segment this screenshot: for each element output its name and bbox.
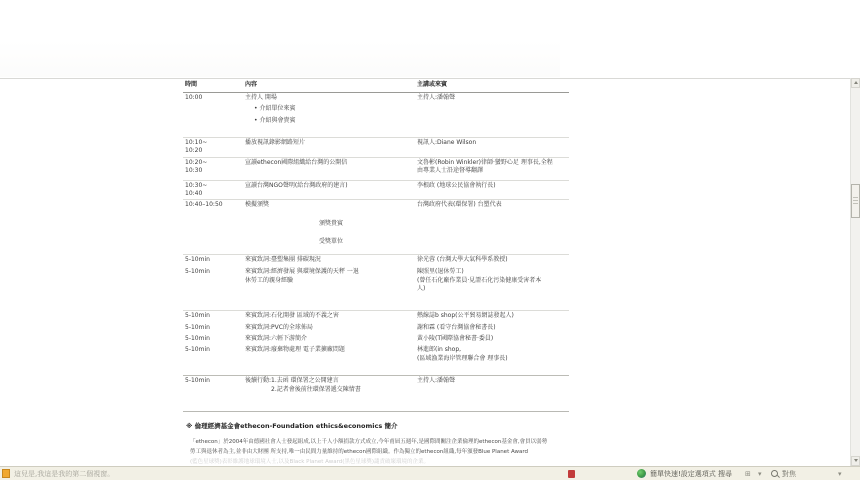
cell-time: 5-10min [183, 377, 245, 411]
cell-text-line: 5-10min [185, 377, 245, 386]
cell-content: 宣讀ethecon國際組織給台灣的公開信 [245, 159, 417, 180]
cell-text-line: 視訊人:Diane Wilson [417, 139, 569, 148]
cell-text-line: 來賓致詞:石化開發 區域的不義之害 [245, 312, 417, 321]
table-row: 10:20~10:30宣讀ethecon國際組織給台灣的公開信文魯彬(Robin… [183, 157, 569, 180]
cell-text-line: 宣讀ethecon國際組織給台灣的公開信 [245, 159, 417, 168]
table-row: 5-10min來賓致詞:臺塑集團 排碳現況徐光蓉 (台灣大學大氣科學系教授) [183, 254, 569, 267]
cell-text-line: 黃小陵(T國際協會秘書‧委員) [417, 335, 569, 344]
cell-text-line: 受獎單位 [245, 238, 417, 247]
cell-text-line: 10:30~ [185, 182, 245, 191]
grid-icon[interactable]: ⊞ [745, 467, 751, 480]
cell-speaker: 文魯彬(Robin Winkler)律師‧蠻野心足 理事長,全程由專業人士沿途督… [417, 159, 569, 180]
cell-text-line: 播放視訊錄影網路短片 [245, 139, 417, 148]
cell-time: 5-10min [183, 346, 245, 375]
cell-text-line: (曾任石化廠作業員‧見證石化污染健康受害者本 [417, 277, 569, 286]
taskbar-center-text[interactable]: 簡單快速!設定選項式 搜尋 [650, 467, 732, 480]
cell-text-line: • 介紹單位來賓 [254, 105, 417, 114]
cell-text-line: 模擬頒獎 [245, 201, 417, 210]
scroll-up-arrow-icon[interactable] [851, 78, 860, 88]
cell-content: 主持人 開場• 介紹單位來賓• 介紹與會貴賓 [245, 94, 417, 137]
document-icon[interactable] [2, 469, 10, 478]
cell-text-line: 主持人:潘翰聲 [417, 94, 569, 103]
cell-text-line: 來賓致詞:六輕下游簡介 [245, 335, 417, 344]
cell-text-line: 10:20 [185, 147, 245, 156]
header-time: 時間 [183, 81, 245, 90]
cell-text-line: 主持人 開場 [245, 94, 417, 103]
taskbar-left-text[interactable]: 這兒是,我這是我的第二個視窗。 [14, 467, 114, 480]
cell-text-line: 人) [417, 285, 569, 294]
cell-speaker: 主持人:潘翰聲 [417, 377, 569, 411]
cell-time: 5-10min [183, 268, 245, 310]
cell-text-line: 來賓致詞:臺塑集團 排碳現況 [245, 256, 417, 265]
cell-time: 5-10min [183, 324, 245, 334]
cell-speaker: 李根政 (地球公民協會執行長) [417, 182, 569, 199]
cell-text-line: • 介紹與會貴賓 [254, 117, 417, 126]
cell-time: 10:30~10:40 [183, 182, 245, 199]
cell-time: 10:10~10:20 [183, 139, 245, 157]
cell-text-line: 10:30 [185, 167, 245, 176]
cell-text-line: 10:20~ [185, 159, 245, 168]
about-paragraph-line1: 「ethecon」於2004年由德國社會人士發起組成,以上千人小額捐款方式成立,… [190, 437, 572, 447]
header-content: 內容 [245, 81, 417, 90]
table-row: 10:00主持人 開場• 介紹單位來賓• 介紹與會貴賓主持人:潘翰聲 [183, 93, 569, 137]
cell-speaker: 陳照里(退休勞工)(曾任石化廠作業員‧見證石化污染健康受害者本人) [417, 268, 569, 310]
header-speaker: 主講或來賓 [417, 81, 569, 90]
cell-text-line: 林進郎(in shop, [417, 346, 569, 355]
cell-text-line: 5-10min [185, 256, 245, 265]
cell-content: 來賓致詞:PVC的全球佈局 [245, 324, 417, 334]
cell-text-line: 10:40–10:50 [185, 201, 245, 210]
cell-content: 來賓致詞:臺塑集團 排碳現況 [245, 256, 417, 267]
cell-content: 宣讀台灣NGO聲明(給台灣政府的建言) [245, 182, 417, 199]
cell-text-line: 5-10min [185, 312, 245, 321]
cell-time: 10:40–10:50 [183, 201, 245, 254]
taskbar: 這兒是,我這是我的第二個視窗。 簡單快速!設定選項式 搜尋 ⊞ ▾ 對焦 ▾ [0, 466, 860, 480]
table-row: 5-10min後續行動:1.去函 環保署之公開建言2.記者會後前往環保署遞交陳情… [183, 375, 569, 411]
cell-speaker: 黃小陵(T國際協會秘書‧委員) [417, 335, 569, 345]
about-section-heading: ※ 倫理經濟基金會ethecon-Foundation ethics&econo… [186, 421, 397, 430]
document-viewer-window: 時間 內容 主講或來賓 10:00主持人 開場• 介紹單位來賓• 介紹與會貴賓主… [0, 0, 860, 480]
cell-text-line: 10:40 [185, 190, 245, 199]
cell-text-line: 宣讀台灣NGO聲明(給台灣政府的建言) [245, 182, 417, 191]
cell-time: 10:00 [183, 94, 245, 137]
cell-content: 後續行動:1.去函 環保署之公開建言2.記者會後前往環保署遞交陳情書 [245, 377, 417, 411]
cell-text-line: 5-10min [185, 335, 245, 344]
cell-text-line: (區域漁業海岸管理聯合會 理事長) [417, 355, 569, 364]
scrollbar-grip [853, 197, 858, 204]
cell-text-line: 來賓致詞:廢棄物處理 電子業擴廠問題 [245, 346, 417, 355]
cell-text-line: 2.記者會後前往環保署遞交陳情書 [271, 386, 417, 395]
cell-content: 來賓致詞:石化開發 區域的不義之害 [245, 312, 417, 323]
cell-time: 10:20~10:30 [183, 159, 245, 180]
magnifier-icon[interactable] [771, 467, 778, 480]
cell-text-line: 5-10min [185, 324, 245, 333]
table-row: 10:10~10:20播放視訊錄影網路短片視訊人:Diane Wilson [183, 137, 569, 157]
agenda-table: 時間 內容 主講或來賓 10:00主持人 開場• 介紹單位來賓• 介紹與會貴賓主… [183, 80, 569, 412]
table-row: 5-10min來賓致詞:六輕下游簡介黃小陵(T國際協會秘書‧委員) [183, 334, 569, 345]
cell-content: 播放視訊錄影網路短片 [245, 139, 417, 157]
stop-icon[interactable] [568, 470, 575, 478]
cell-text-line: 李根政 (地球公民協會執行長) [417, 182, 569, 191]
scroll-down-arrow-icon[interactable] [851, 456, 860, 466]
agenda-table-body: 10:00主持人 開場• 介紹單位來賓• 介紹與會貴賓主持人:潘翰聲10:10~… [183, 93, 569, 411]
globe-icon[interactable] [637, 469, 646, 478]
cell-time: 5-10min [183, 335, 245, 345]
agenda-table-header: 時間 內容 主講或來賓 [183, 80, 569, 93]
page-divider-line [0, 78, 860, 79]
cell-text-line: 10:00 [185, 94, 245, 103]
cell-content: 來賓致詞:經濟發展 與環境保護的天秤 一退休勞工的親身經驗 [245, 268, 417, 310]
table-row: 5-10min來賓致詞:經濟發展 與環境保護的天秤 一退休勞工的親身經驗陳照里(… [183, 267, 569, 310]
cell-speaker: 主持人:潘翰聲 [417, 94, 569, 137]
cell-text-line: 由專業人士沿途督導翻譯 [417, 167, 569, 176]
cell-text-line: 熱線誌b shop(公平貿易網誌發起人) [417, 312, 569, 321]
cell-content: 模擬頒獎頒獎貴賓受獎單位 [245, 201, 417, 254]
cell-speaker: 謝和霖 (看守台灣協會秘書長) [417, 324, 569, 334]
table-row: 5-10min來賓致詞:PVC的全球佈局謝和霖 (看守台灣協會秘書長) [183, 323, 569, 334]
cell-speaker: 台灣政府代表(環保署) 台塑代表 [417, 201, 569, 254]
cell-text-line: 主持人:潘翰聲 [417, 377, 569, 386]
about-paragraph-line2: 勞工與退休者為主,並非由大財團 所支持,唯一由民間力量維持的ethecon國際組… [190, 447, 572, 457]
cell-text-line: 5-10min [185, 268, 245, 277]
cell-content: 來賓致詞:六輕下游簡介 [245, 335, 417, 345]
table-row: 10:30~10:40宣讀台灣NGO聲明(給台灣政府的建言)李根政 (地球公民協… [183, 180, 569, 199]
cell-text-line: 10:10~ [185, 139, 245, 148]
cell-time: 5-10min [183, 312, 245, 323]
cell-text-line: 謝和霖 (看守台灣協會秘書長) [417, 324, 569, 333]
cell-speaker: 視訊人:Diane Wilson [417, 139, 569, 157]
cell-time: 5-10min [183, 256, 245, 267]
taskbar-zoom-label: 對焦 [782, 467, 796, 480]
cell-text-line: 後續行動:1.去函 環保署之公開建言 [245, 377, 417, 386]
table-row: 5-10min來賓致詞:石化開發 區域的不義之害熱線誌b shop(公平貿易網誌… [183, 310, 569, 323]
cell-text-line: 徐光蓉 (台灣大學大氣科學系教授) [417, 256, 569, 265]
cell-speaker: 徐光蓉 (台灣大學大氣科學系教授) [417, 256, 569, 267]
chevron-down-icon-right[interactable]: ▾ [838, 467, 842, 480]
chevron-down-icon[interactable]: ▾ [758, 467, 762, 480]
cell-text-line: 來賓致詞:PVC的全球佈局 [245, 324, 417, 333]
cell-text-line: 休勞工的親身經驗 [245, 277, 417, 286]
scrollbar-thumb[interactable] [851, 184, 860, 218]
page-top-blank-area [0, 40, 560, 77]
cell-text-line: 台灣政府代表(環保署) 台塑代表 [417, 201, 569, 210]
cell-speaker: 林進郎(in shop,(區域漁業海岸管理聯合會 理事長) [417, 346, 569, 375]
table-row: 5-10min來賓致詞:廢棄物處理 電子業擴廠問題林進郎(in shop,(區域… [183, 345, 569, 375]
table-row: 10:40–10:50模擬頒獎頒獎貴賓受獎單位台灣政府代表(環保署) 台塑代表 [183, 199, 569, 254]
cell-text-line: 5-10min [185, 346, 245, 355]
cell-text-line: 來賓致詞:經濟發展 與環境保護的天秤 一退 [245, 268, 417, 277]
cell-content: 來賓致詞:廢棄物處理 電子業擴廠問題 [245, 346, 417, 375]
cell-text-line: 頒獎貴賓 [245, 220, 417, 229]
about-paragraph: 「ethecon」於2004年由德國社會人士發起組成,以上千人小額捐款方式成立,… [190, 437, 572, 467]
vertical-scrollbar[interactable] [850, 78, 860, 466]
cell-speaker: 熱線誌b shop(公平貿易網誌發起人) [417, 312, 569, 323]
cell-text-line: 陳照里(退休勞工) [417, 268, 569, 277]
